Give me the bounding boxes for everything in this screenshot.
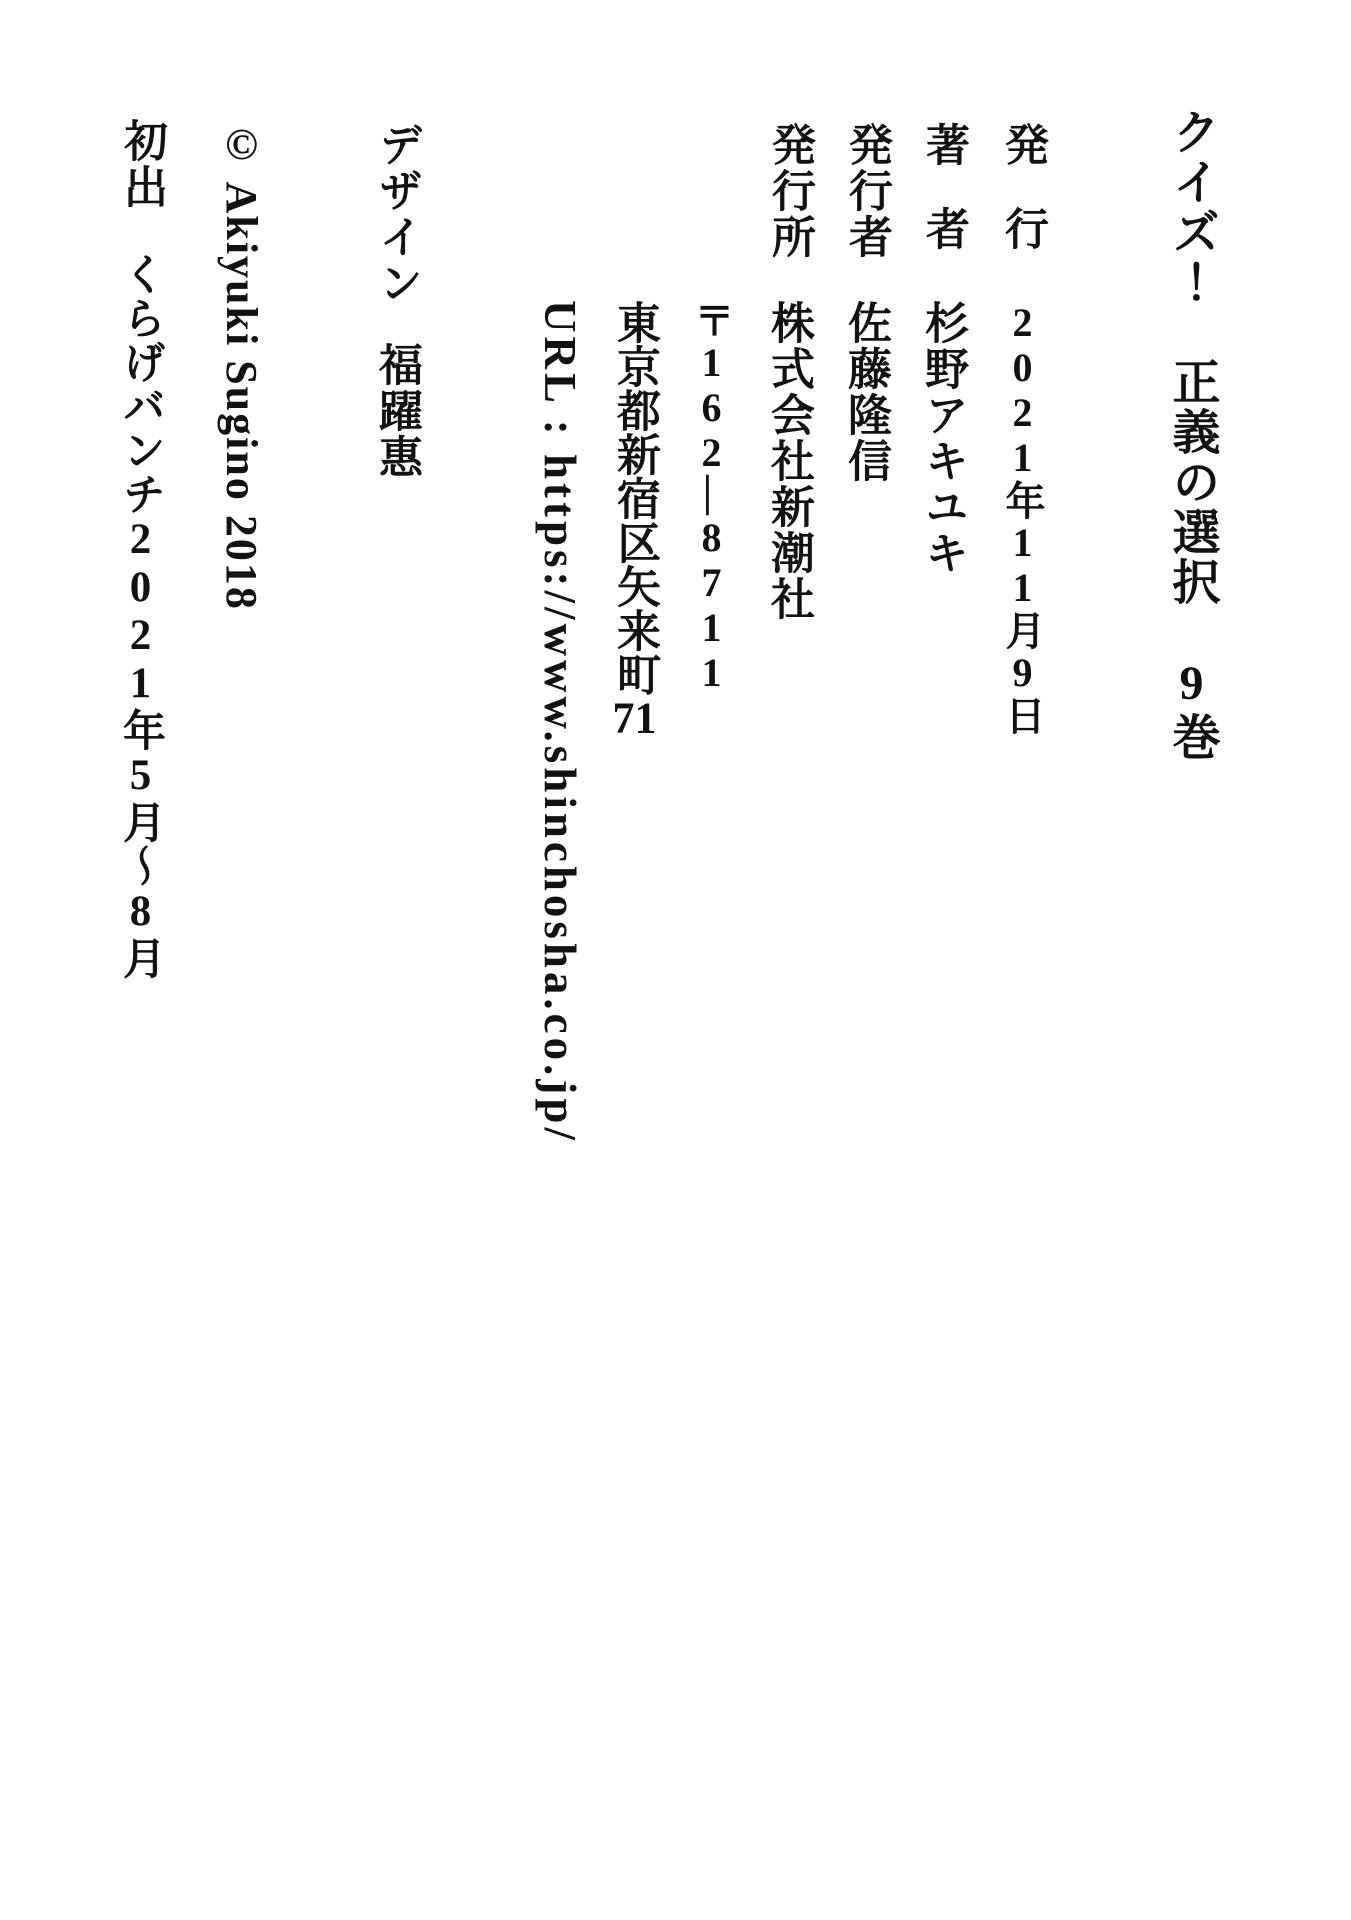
first-publication-head: くらげバンチ2021年5月 bbox=[117, 252, 164, 844]
postal-code: 〒162—8711 bbox=[691, 300, 731, 695]
publication-date-label: 発行 bbox=[1000, 122, 1044, 290]
colophon-page: { "theme": { "paper": "#ffffff", "ink": … bbox=[0, 0, 1351, 1920]
website-url: URL : https://www.shinchosha.co.jp/ bbox=[537, 300, 582, 1144]
publisher-person-name: 佐藤隆信 bbox=[843, 300, 887, 484]
design-label: デザイン bbox=[374, 122, 418, 306]
publisher-person-label: 発行者 bbox=[844, 122, 888, 260]
designer-name: 福躍惠 bbox=[374, 342, 418, 480]
book-title: クイズ！ 正義の選択 9巻 bbox=[1167, 107, 1215, 762]
address-main: 東京都新宿区矢来町 bbox=[610, 300, 659, 696]
address: 東京都新宿区矢来町71 bbox=[612, 300, 656, 740]
first-publication-tail: 8月 bbox=[117, 888, 164, 980]
author-name: 杉野アキユキ bbox=[920, 300, 964, 576]
address-number: 71 bbox=[610, 696, 659, 740]
author-label: 著者 bbox=[921, 122, 965, 290]
copyright-notice: © Akiyuki Sugino 2018 bbox=[219, 120, 263, 611]
first-publication-value: くらげバンチ2021年5月〜8月 bbox=[119, 252, 162, 980]
publisher-company-name: 株式会社新潮社 bbox=[766, 300, 810, 622]
postal-code-tail: 8711 bbox=[689, 515, 734, 695]
postal-code-dash: — bbox=[689, 475, 734, 515]
postal-code-head: 〒162 bbox=[689, 300, 734, 475]
first-publication-tilde: 〜 bbox=[117, 844, 164, 888]
publisher-company-label: 発行所 bbox=[767, 122, 811, 260]
first-publication-label: 初出 bbox=[119, 118, 163, 210]
publication-date-value: 2021年11月9日 bbox=[1002, 300, 1042, 735]
